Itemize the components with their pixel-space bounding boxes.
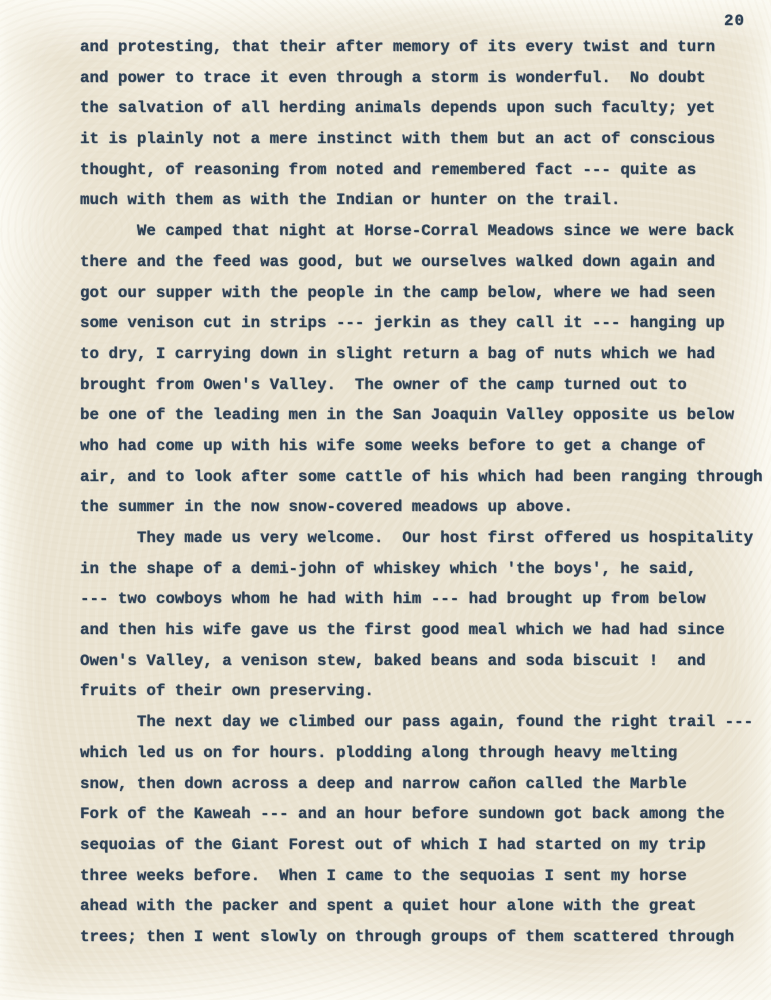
text-line: air, and to look after some cattle of hi… <box>80 462 771 493</box>
text-line: some venison cut in strips --- jerkin as… <box>80 308 771 339</box>
text-line: fruits of their own preserving. <box>80 676 771 707</box>
text-line: --- two cowboys whom he had with him ---… <box>80 584 771 615</box>
page-body: and protesting, that their after memory … <box>80 32 771 953</box>
text-line: They made us very welcome. Our host firs… <box>80 523 771 554</box>
text-line: much with them as with the Indian or hun… <box>80 185 771 216</box>
page-number: 20 <box>724 12 745 30</box>
text-line: and then his wife gave us the first good… <box>80 615 771 646</box>
text-line: who had come up with his wife some weeks… <box>80 431 771 462</box>
text-line: there and the feed was good, but we ours… <box>80 247 771 278</box>
text-line: got our supper with the people in the ca… <box>80 278 771 309</box>
text-line: three weeks before. When I came to the s… <box>80 861 771 892</box>
text-line: and protesting, that their after memory … <box>80 32 771 63</box>
text-line: and power to trace it even through a sto… <box>80 63 771 94</box>
manuscript-page: 20 and protesting, that their after memo… <box>0 0 771 1000</box>
text-line: be one of the leading men in the San Joa… <box>80 400 771 431</box>
text-line: snow, then down across a deep and narrow… <box>80 769 771 800</box>
text-line: ahead with the packer and spent a quiet … <box>80 891 771 922</box>
text-line: to dry, I carrying down in slight return… <box>80 339 771 370</box>
text-line: We camped that night at Horse-Corral Mea… <box>80 216 771 247</box>
text-line: Owen's Valley, a venison stew, baked bea… <box>80 646 771 677</box>
text-line: Fork of the Kaweah --- and an hour befor… <box>80 799 771 830</box>
text-line: brought from Owen's Valley. The owner of… <box>80 370 771 401</box>
text-line: thought, of reasoning from noted and rem… <box>80 155 771 186</box>
text-line: in the shape of a demi-john of whiskey w… <box>80 554 771 585</box>
text-line: which led us on for hours. plodding alon… <box>80 738 771 769</box>
text-line: The next day we climbed our pass again, … <box>80 707 771 738</box>
text-line: sequoias of the Giant Forest out of whic… <box>80 830 771 861</box>
text-line: trees; then I went slowly on through gro… <box>80 922 771 953</box>
text-line: the salvation of all herding animals dep… <box>80 93 771 124</box>
text-line: the summer in the now snow-covered meado… <box>80 492 771 523</box>
text-line: it is plainly not a mere instinct with t… <box>80 124 771 155</box>
